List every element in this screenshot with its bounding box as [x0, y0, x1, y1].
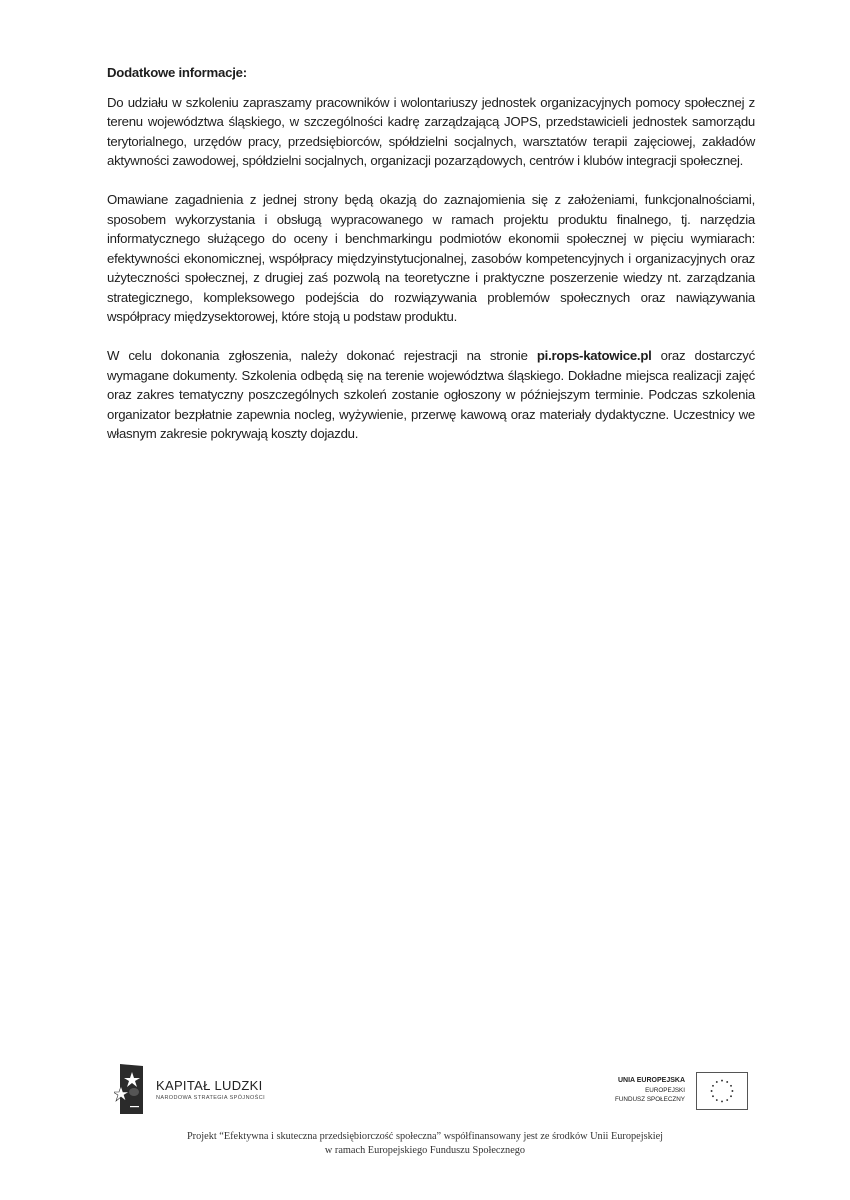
document-body: Dodatkowe informacje: Do udziału w szkol… — [107, 63, 755, 463]
eu-label-line3: FUNDUSZ SPOŁECZNY — [615, 1095, 685, 1104]
kapital-ludzki-subtitle: NARODOWA STRATEGIA SPÓJNOŚCI — [156, 1095, 265, 1101]
funding-note-line1: Projekt “Efektywna i skuteczna przedsięb… — [0, 1130, 850, 1144]
paragraph-topics: Omawiane zagadnienia z jednej strony będ… — [107, 190, 755, 327]
eu-flag-icon — [696, 1072, 748, 1110]
paragraph-registration: W celu dokonania zgłoszenia, należy doko… — [107, 346, 755, 444]
registration-link[interactable]: pi.rops-katowice.pl — [537, 348, 652, 363]
registration-text-start: W celu dokonania zgłoszenia, należy doko… — [107, 348, 537, 363]
eu-label-line1: UNIA EUROPEJSKA — [615, 1076, 685, 1086]
project-funding-note: Projekt “Efektywna i skuteczna przedsięb… — [0, 1130, 850, 1157]
eu-label-line2: EUROPEJSKI — [615, 1086, 685, 1095]
eu-label: UNIA EUROPEJSKA EUROPEJSKI FUNDUSZ SPOŁE… — [615, 1076, 685, 1104]
footer-logos: KAPITAŁ LUDZKI NARODOWA STRATEGIA SPÓJNO… — [0, 1060, 850, 1120]
paragraph-participants: Do udziału w szkoleniu zapraszamy pracow… — [107, 93, 755, 171]
kapital-ludzki-title: KAPITAŁ LUDZKI — [156, 1078, 263, 1093]
funding-note-line2: w ramach Europejskiego Funduszu Społeczn… — [0, 1144, 850, 1158]
section-heading: Dodatkowe informacje: — [107, 63, 755, 83]
kapital-ludzki-logo-icon — [114, 1062, 144, 1116]
